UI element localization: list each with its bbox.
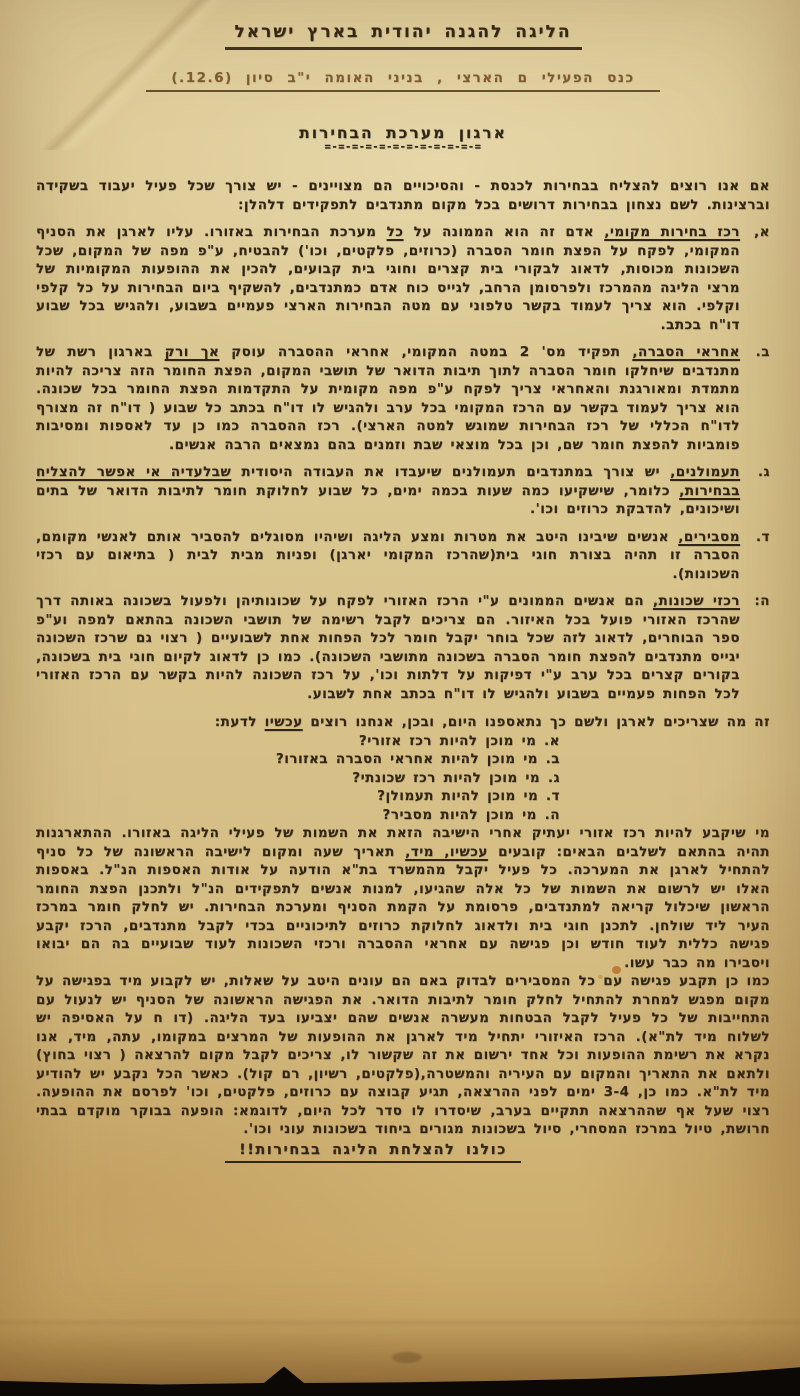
document-body: אם אנו רוצים להצליח בבחירות לכנסת - והסי… [36, 177, 770, 1163]
role-marker: ג. [758, 463, 770, 482]
title-rule: =-=-=-=-=-=-=-=-=-=-=-= [36, 141, 770, 153]
underlined-text: אחראי הסברה, [632, 344, 740, 360]
intro-paragraph: אם אנו רוצים להצליח בבחירות לכנסת - והסי… [36, 177, 770, 214]
underlined-text: רכזי שכונות, [653, 593, 740, 609]
underlined-text: עכשיו [265, 714, 303, 730]
role-item: ב.אחראי הסברה, תפקיד מס' 2 במטה המקומי, … [36, 343, 770, 454]
question-item: ה. מי מוכן להיות מסביר? [36, 806, 560, 825]
lead-in-paragraph: זה מה שצריכים לארגן ולשם כך נתאספנו היום… [36, 713, 770, 732]
scanned-document-page: הליגה להגנה יהודית בארץ ישראל כנס הפעילי… [0, 0, 800, 1396]
subtitle-underline: כנס הפעילי ם הארצי , בניני האומה י"ב סיו… [146, 67, 660, 92]
text-segment: כלומר, שישקיעו כמה שעות בכמה ימים, כל שב… [36, 483, 740, 518]
question-item: ב. מי מוכן להיות אחראי הסברה באזורו? [36, 750, 560, 769]
text-segment: הם אנשים הממונים ע"י הרכז האזורי לפקח על… [36, 593, 740, 702]
question-item: ג. מי מוכן להיות רכז שכונתי? [36, 769, 560, 788]
closing-paragraph: מי שיקבע להיות רכז אזורי יעתיק אחרי הישי… [36, 824, 770, 972]
document-content: הליגה להגנה יהודית בארץ ישראל כנס הפעילי… [0, 0, 800, 1396]
underlined-text: תעמולנים, [670, 464, 740, 480]
closing-paragraph: כמו כן תקבע פגישה עם כל המסבירים לבדוק ב… [36, 972, 770, 1139]
text-segment: תפקיד מס' 2 במטה המקומי, אחראי ההסברה עו… [219, 344, 632, 360]
document-subtitle: כנס הפעילי ם הארצי , בניני האומה י"ב סיו… [171, 70, 634, 86]
text-segment: בארגון רשת של מתנדבים שיחלקו חומר הסברה … [36, 344, 740, 453]
underlined-text: מסבירים, [678, 529, 740, 545]
text-segment: לדעת: [215, 714, 265, 730]
role-item: ד.מסבירים, אנשים שיבינו היטב את מטרות ומ… [36, 528, 770, 584]
role-item: ה:רכזי שכונות, הם אנשים הממונים ע"י הרכז… [36, 592, 770, 703]
text-segment: מערכת הבחירות באזורו. עליו לארגן את הסני… [36, 224, 740, 333]
text-segment: כמו כן תקבע פגישה עם כל המסבירים לבדוק ב… [36, 973, 770, 1137]
text-segment: אם אנו רוצים להצליח בבחירות לכנסת - והסי… [36, 178, 770, 213]
underlined-text: עכשיו, מיד, [405, 844, 488, 860]
organization-title: הליגה להגנה יהודית בארץ ישראל [225, 22, 582, 50]
document-title: ארגון מערכת הבחירות [36, 124, 770, 142]
role-marker: ד. [756, 528, 770, 547]
question-item: א. מי מוכן להיות רכז אזורי? [36, 732, 560, 751]
underlined-text: רכז בחירות מקומי, [604, 224, 740, 240]
text-segment: זה מה שצריכים לארגן ולשם כך נתאספנו היום… [303, 714, 770, 730]
text-segment: אדם זה הוא הממונה על [403, 224, 604, 240]
role-item: א,רכז בחירות מקומי, אדם זה הוא הממונה על… [36, 223, 770, 334]
text-segment: תאריך שעה ומקום לישיבה הראשונה של כל סני… [36, 844, 770, 971]
text-segment: אנשים שיבינו היטב את מטרות ומצע הליגה וש… [36, 529, 740, 582]
underlined-text: כל [387, 224, 404, 240]
questions-list: א. מי מוכן להיות רכז אזורי?ב. מי מוכן לה… [36, 732, 770, 825]
closing-slogan: כולנו להצלחת הליגה בבחירות!! [225, 1141, 521, 1164]
slogan-line: כולנו להצלחת הליגה בבחירות!! [6, 1141, 740, 1164]
underlined-text: אך ורק [165, 344, 220, 360]
role-marker: ה: [754, 592, 770, 611]
ink-stain [612, 966, 621, 974]
role-marker: ב. [756, 343, 770, 362]
roles-list: א,רכז בחירות מקומי, אדם זה הוא הממונה על… [36, 223, 770, 703]
text-segment: יש צורך במתנדבים תעמולנים שיעבדו את העבו… [231, 464, 670, 480]
closing-paragraphs: מי שיקבע להיות רכז אזורי יעתיק אחרי הישי… [36, 824, 770, 1139]
smudge-stain [392, 1352, 422, 1363]
question-item: ד. מי מוכן להיות תעמולן? [36, 787, 560, 806]
role-marker: א, [754, 223, 770, 242]
role-item: ג.תעמולנים, יש צורך במתנדבים תעמולנים שי… [36, 463, 770, 519]
